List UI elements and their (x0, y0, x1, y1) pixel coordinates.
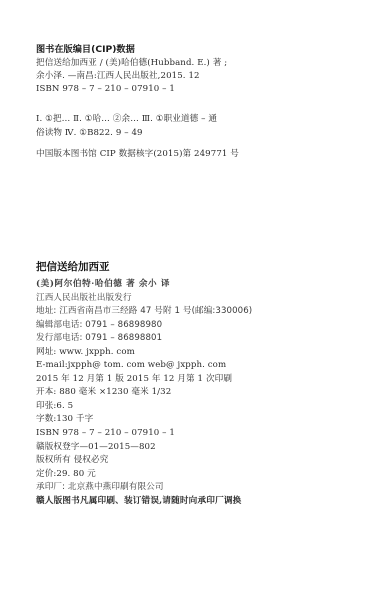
classification-line-2: 俗读物 Ⅳ. ①B822. 9 – 49 (36, 126, 217, 140)
printing-error-notice: 赣人版图书凡属印刷、装订错误,请随时向承印厂调换 (36, 495, 252, 509)
author-translator-line: (美)阿尔伯特·哈伯德 著 余小 译 (36, 278, 252, 292)
cip-classification: Ⅰ. ①把… Ⅱ. ①哈… ②余… Ⅲ. ①职业道德 – 通 俗读物 Ⅳ. ①B… (36, 112, 217, 141)
cip-translator-publisher-line: 余小泽. —南昌:江西人民出版社,2015. 12 (36, 70, 227, 83)
sheets-line: 印张:6. 5 (36, 400, 252, 414)
cip-title-author-line: 把信送给加西亚 / (美)哈伯德(Hubband. E.) 著 ; (36, 57, 227, 70)
imprint-section: (美)阿尔伯特·哈伯德 著 余小 译 江西人民出版社出版发行 地址: 江西省南昌… (36, 278, 252, 508)
isbn-line: ISBN 978 – 7 – 210 – 07910 – 1 (36, 427, 252, 441)
edition-line: 2015 年 12 月第 1 版 2015 年 12 月第 1 次印刷 (36, 373, 252, 387)
publisher-line: 江西人民出版社出版发行 (36, 292, 252, 306)
cip-section: 图书在版编目(CIP)数据 把信送给加西亚 / (美)哈伯德(Hubband. … (36, 43, 227, 97)
cip-heading: 图书在版编目(CIP)数据 (36, 43, 227, 57)
cip-number: 中国版本图书馆 CIP 数据核字(2015)第 249771 号 (36, 148, 239, 161)
cip-number-section: 中国版本图书馆 CIP 数据核字(2015)第 249771 号 (36, 148, 239, 161)
price-line: 定价:29. 80 元 (36, 468, 252, 482)
email-line: E-mail:jxpph@ tom. com web@ jxpph. com (36, 359, 252, 373)
cip-isbn-line: ISBN 978 – 7 – 210 – 07910 – 1 (36, 83, 227, 96)
copyright-registration-line: 赣版权登字—01—2015—802 (36, 441, 252, 455)
printer-line: 承印厂: 北京燕中燕印刷有限公司 (36, 481, 252, 495)
book-title: 把信送给加西亚 (36, 260, 110, 274)
editorial-phone-line: 编辑部电话: 0791 – 86898980 (36, 319, 252, 333)
distribution-phone-line: 发行部电话: 0791 – 86898801 (36, 332, 252, 346)
rights-line: 版权所有 侵权必究 (36, 454, 252, 468)
website-line: 网址: www. jxpph. com (36, 346, 252, 360)
word-count-line: 字数:130 千字 (36, 413, 252, 427)
format-line: 开本: 880 毫米 ×1230 毫米 1/32 (36, 386, 252, 400)
classification-line-1: Ⅰ. ①把… Ⅱ. ①哈… ②余… Ⅲ. ①职业道德 – 通 (36, 112, 217, 126)
copyright-page: 图书在版编目(CIP)数据 把信送给加西亚 / (美)哈伯德(Hubband. … (0, 0, 375, 589)
address-line: 地址: 江西省南昌市三经路 47 号附 1 号(邮编:330006) (36, 305, 252, 319)
